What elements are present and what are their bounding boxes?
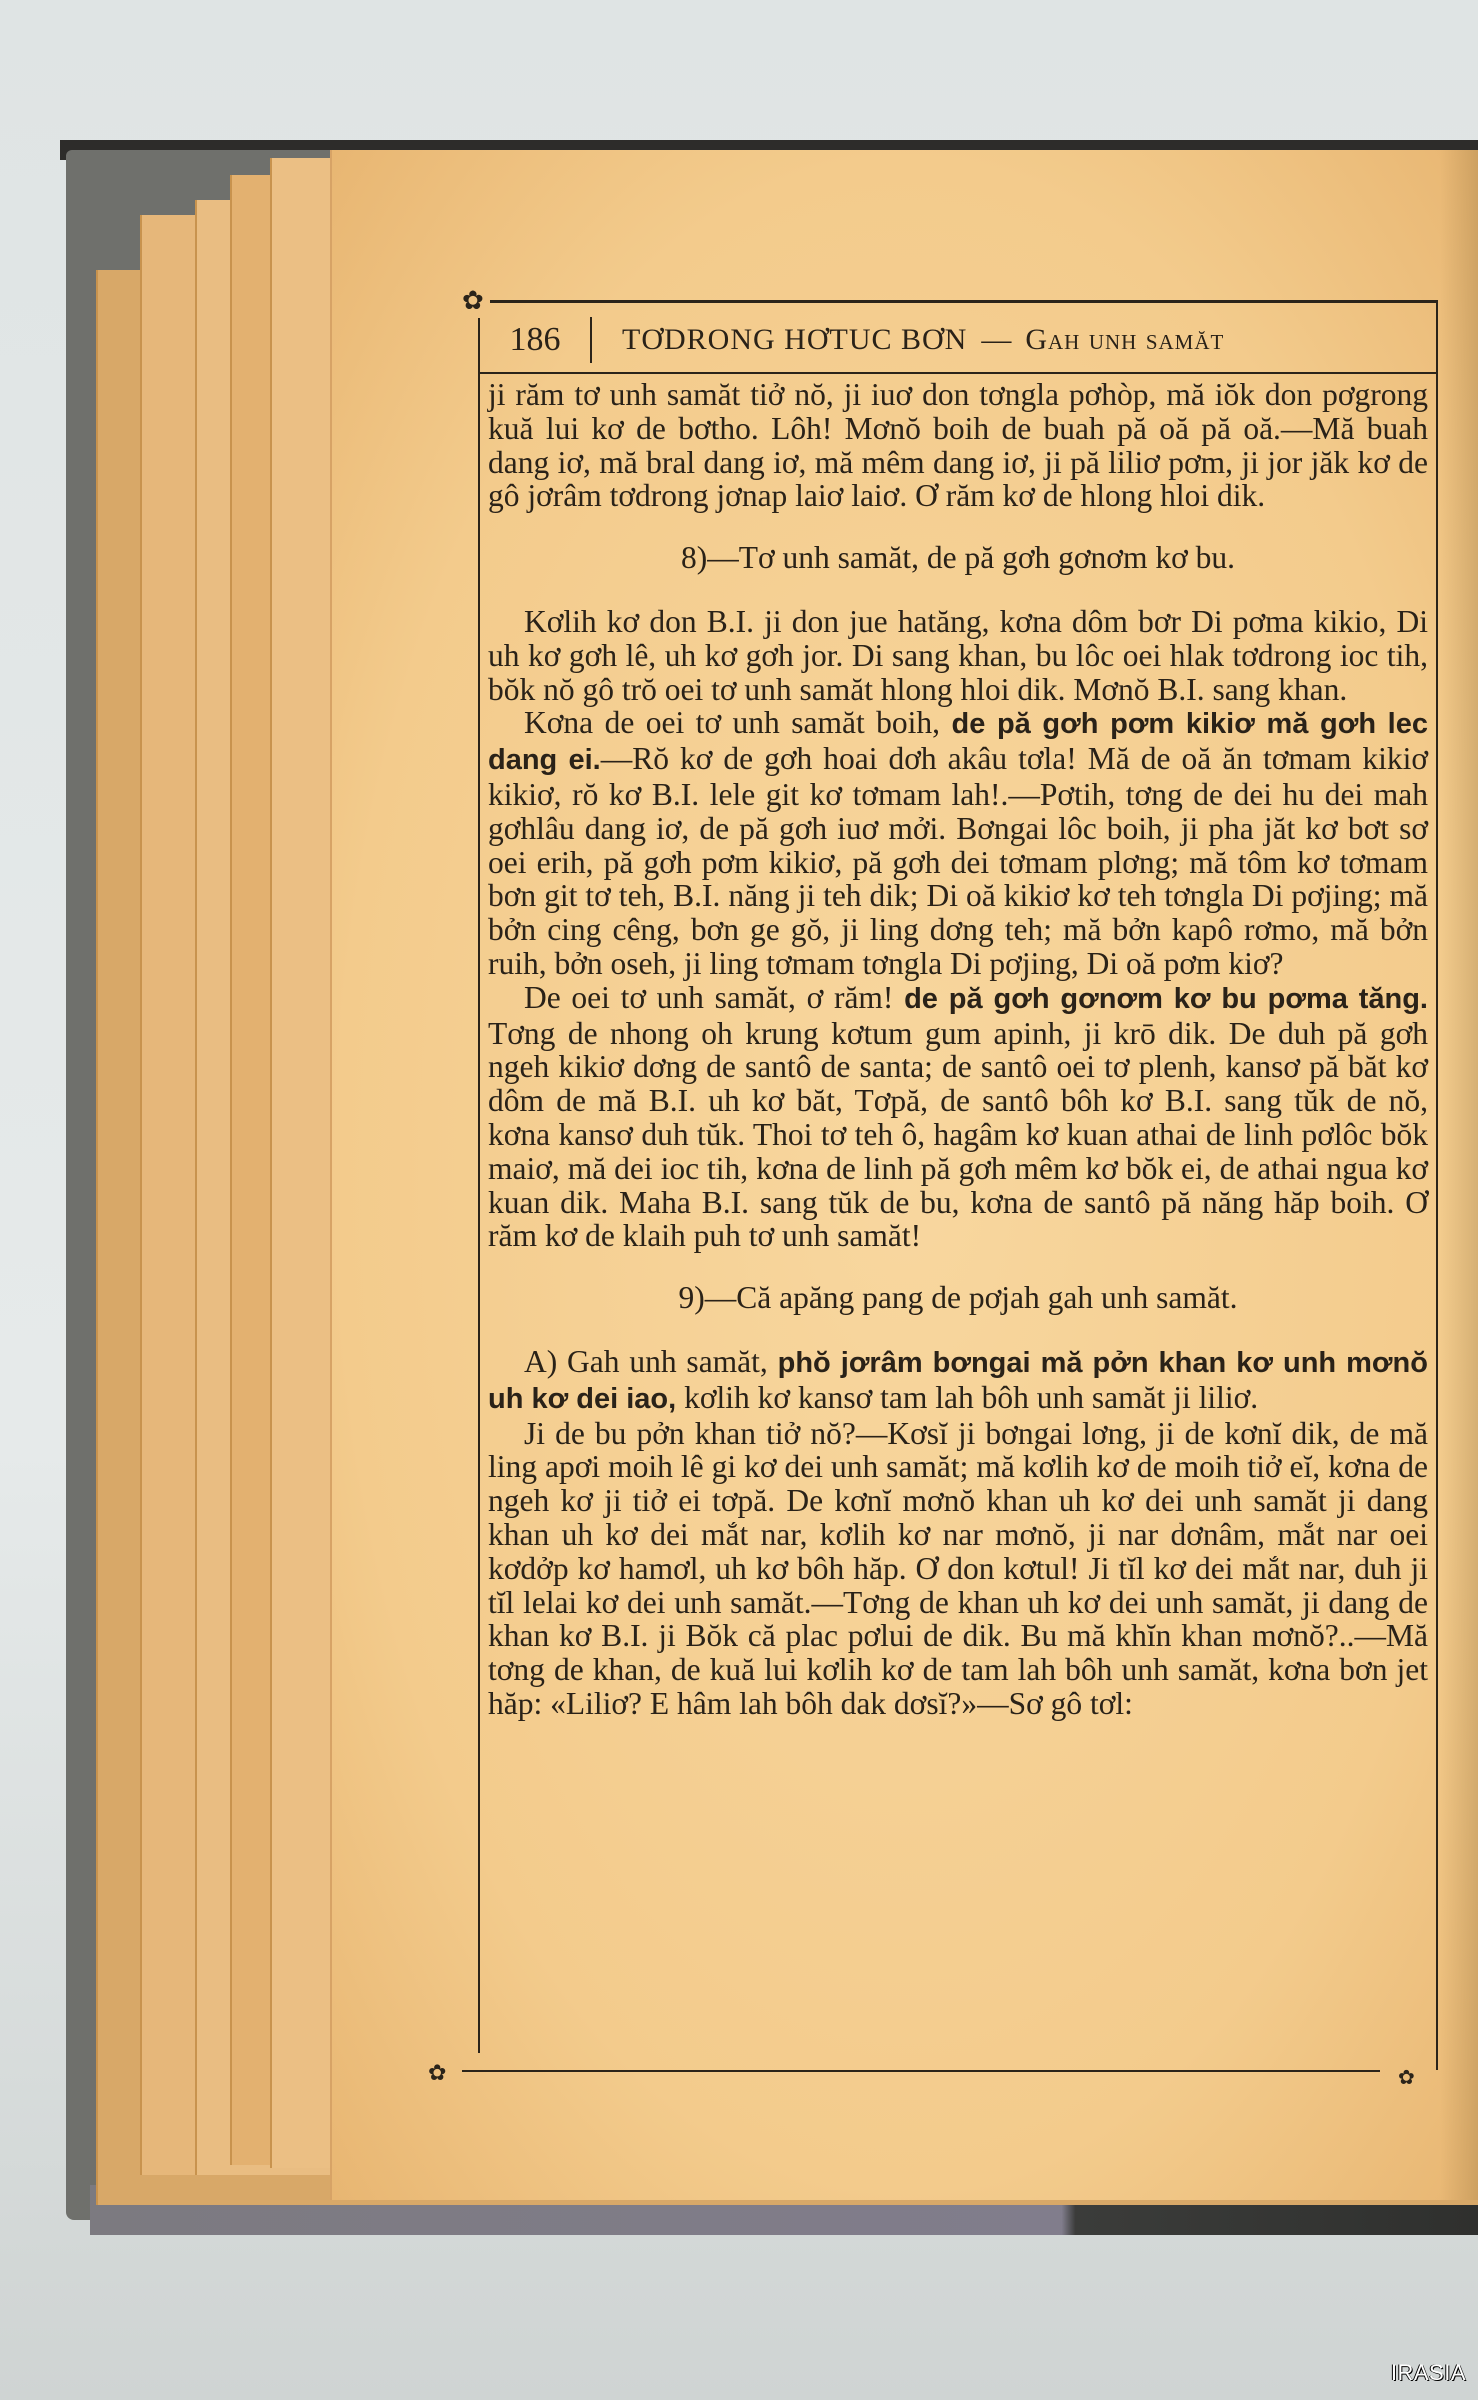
body-paragraph: De oei tơ unh samăt, ơ răm! de pă gơh gơ…	[488, 981, 1428, 1253]
header-separator	[590, 317, 592, 363]
running-title-dash: —	[981, 323, 1011, 357]
flower-ornament-icon: ✿	[428, 2062, 446, 2084]
body-paragraph: Ji de bu pởn khan tiở nŏ?—Kơsĭ ji bơngai…	[488, 1417, 1428, 1721]
emphasized-text: phŏ jơrâm bơngai mă pởn khan kơ unh mơnŏ…	[488, 1347, 1428, 1415]
text-frame-left	[478, 318, 480, 2053]
body-paragraph: Kơlih kơ don B.I. ji don jue hatăng, kơn…	[488, 605, 1428, 706]
section-heading: 8)—Tơ unh samăt, de pă gơh gơnơm kơ bu.	[488, 541, 1428, 575]
header-rule-top	[490, 300, 1438, 303]
body-paragraph: Kơna de oei tơ unh samăt boih, de pă gơh…	[488, 706, 1428, 980]
emphasized-text: de pă gơh gơnơm kơ bu pơma tăng.	[904, 983, 1428, 1015]
text-frame-right	[1436, 300, 1438, 2070]
header-rule-bottom	[480, 372, 1438, 374]
body-paragraph: A) Gah unh samăt, phŏ jơrâm bơngai mă pở…	[488, 1345, 1428, 1417]
running-header: 186 TƠDRONG HƠTUC BƠN — Gah unh samăt	[480, 310, 1430, 370]
running-title: TƠDRONG HƠTUC BƠN	[622, 323, 967, 357]
watermark-label: IRASIA	[1391, 2360, 1466, 2386]
section-heading: 9)—Că apăng pang de pơjah gah unh samăt.	[488, 1281, 1428, 1315]
footer-rule	[462, 2070, 1380, 2072]
running-subtitle: Gah unh samăt	[1025, 323, 1224, 357]
page-gutter-shadow	[1440, 150, 1478, 2200]
body-paragraph: ji răm tơ unh samăt tiở nŏ, ji iuơ don t…	[488, 378, 1428, 513]
page-number: 186	[480, 321, 590, 359]
emphasized-text: de pă gơh pơm kikiơ mă gơh lec dang ei.	[488, 708, 1428, 776]
flower-ornament-icon: ✿	[1398, 2068, 1415, 2088]
page-body-text: ji răm tơ unh samăt tiở nŏ, ji iuơ don t…	[488, 378, 1428, 1721]
